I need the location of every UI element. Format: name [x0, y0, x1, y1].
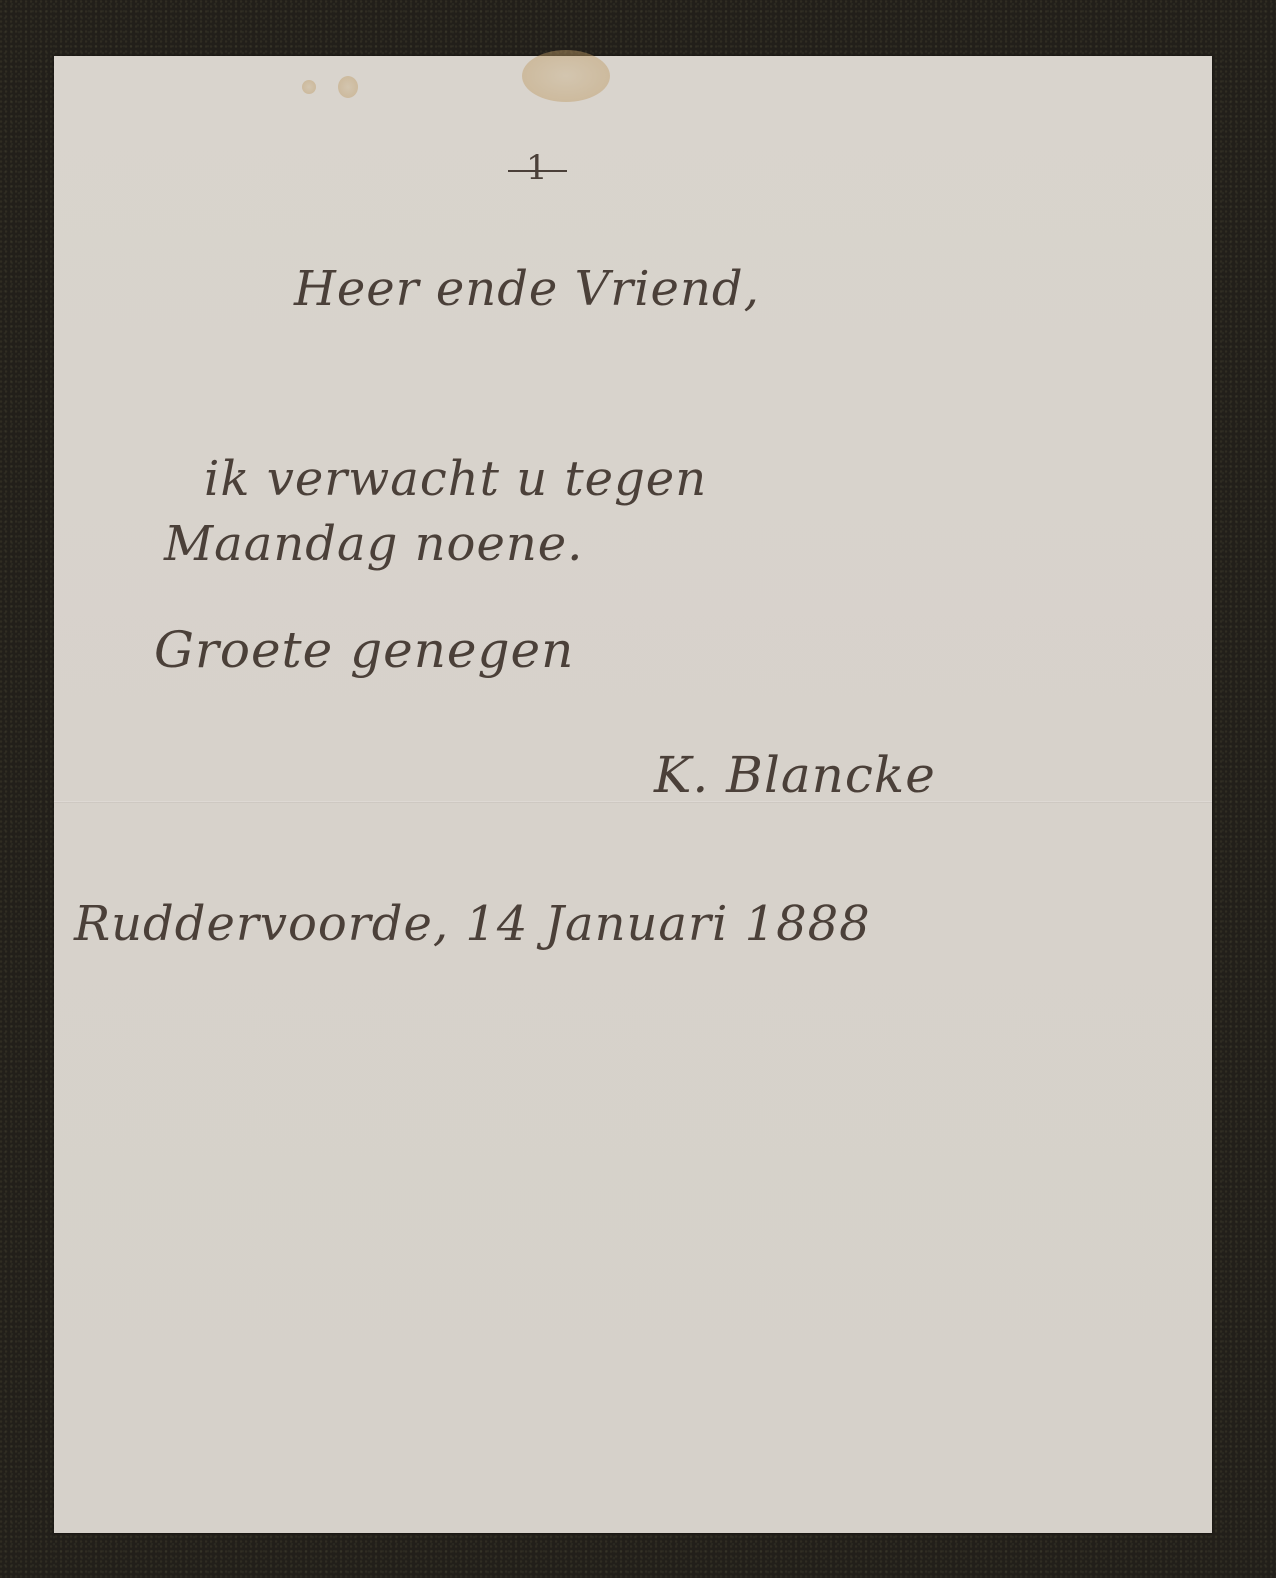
stain-top-left-small — [302, 80, 316, 94]
stain-top-left — [338, 76, 358, 98]
body-line-2: Maandag noene. — [164, 516, 583, 572]
place-date: Ruddervoorde, 14 Januari 1888 — [74, 896, 871, 952]
body-line-1: ik verwacht u tegen — [204, 451, 707, 507]
letter-page: 1 Heer ende Vriend, ik verwacht u tegen … — [54, 56, 1212, 1533]
page-number: 1 — [526, 148, 549, 188]
salutation: Heer ende Vriend, — [294, 261, 760, 317]
paper-fold-line — [54, 801, 1212, 803]
stain-top-center — [522, 50, 610, 102]
signature: K. Blancke — [654, 746, 936, 804]
closing: Groete genegen — [154, 621, 574, 679]
